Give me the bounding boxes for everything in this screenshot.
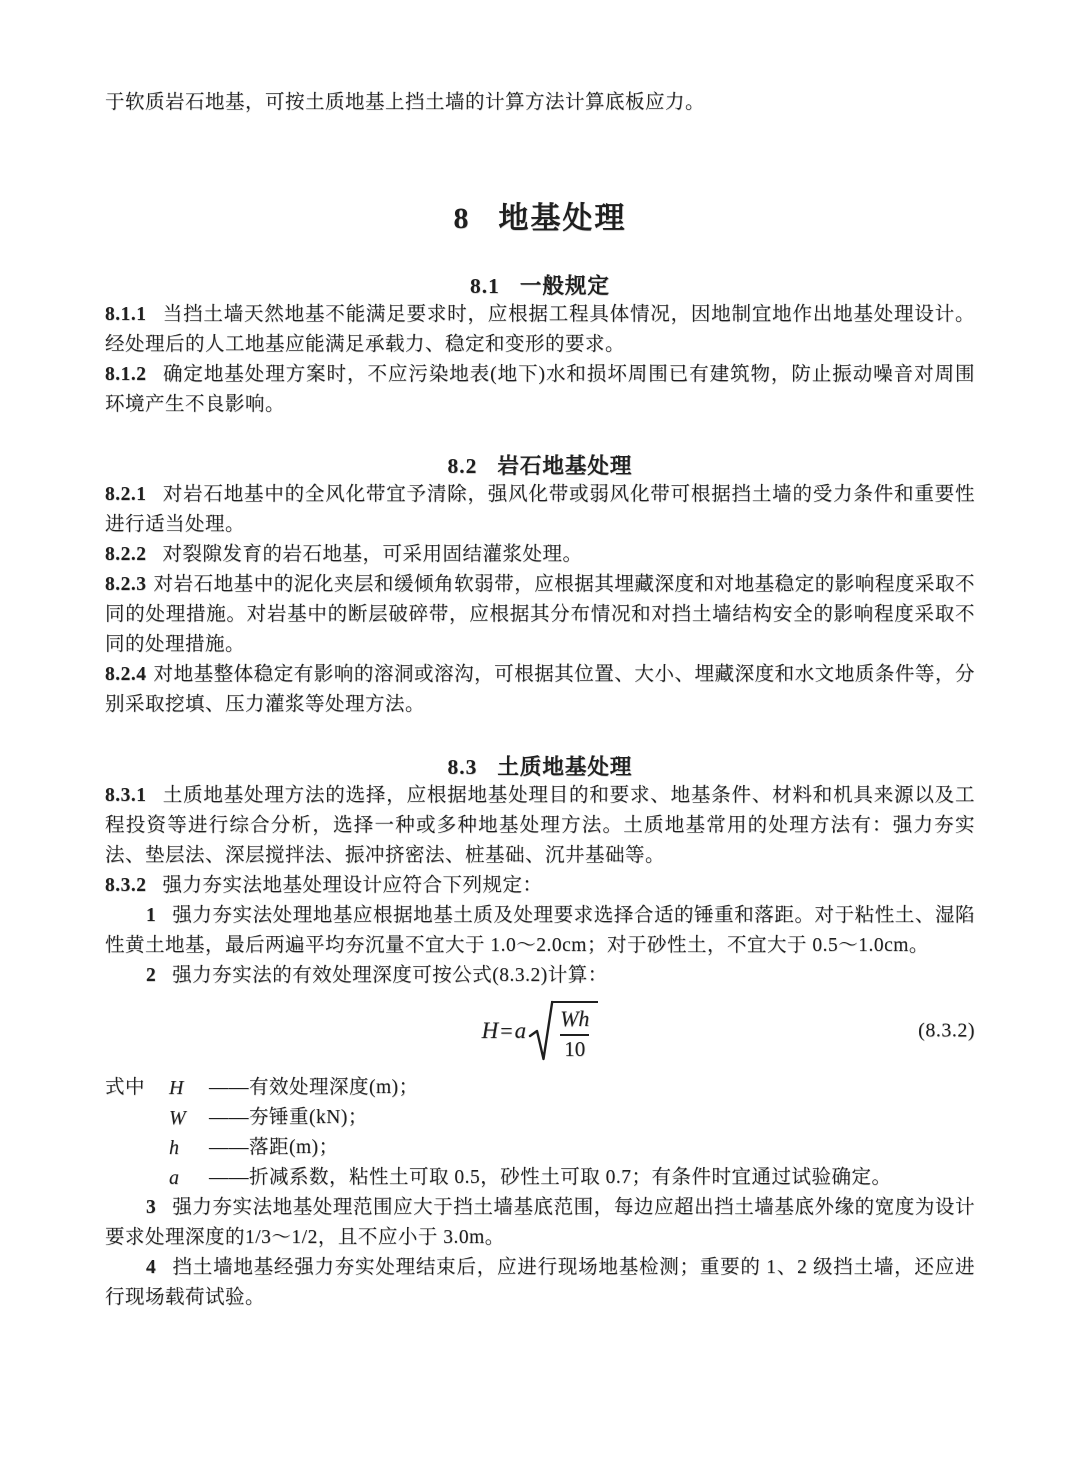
equation-number: (8.3.2) [918, 1020, 975, 1043]
clause-text: 当挡土墙天然地基不能满足要求时，应根据工程具体情况，因地制宜地作出地基处理设计。… [105, 304, 975, 355]
clause-8-1-2: 8.1.2确定地基处理方案时，不应污染地表(地下)水和损坏周围已有建筑物，防止振… [105, 360, 975, 420]
formula-expression: H=a Wh 10 [482, 998, 599, 1064]
section-8-3-number: 8.3 [448, 755, 478, 779]
clause-text: 对地基整体稳定有影响的溶洞或溶沟，可根据其位置、大小、埋藏深度和水文地质条件等，… [105, 664, 975, 715]
chapter-number: 8 [454, 202, 471, 235]
clause-number: 8.3.2 [105, 875, 147, 896]
definition-row: h ——落距(m)； [105, 1133, 975, 1163]
where-label: 式中 [105, 1073, 169, 1103]
clause-text: 土质地基处理方法的选择，应根据地基处理目的和要求、地基条件、材料和机具来源以及工… [105, 785, 975, 866]
clause-8-1-1: 8.1.1当挡土墙天然地基不能满足要求时，应根据工程具体情况，因地制宜地作出地基… [105, 300, 975, 360]
subitem-number: 3 [146, 1197, 156, 1218]
subitem-number: 2 [146, 965, 156, 986]
definition-desc: ——有效处理深度(m)； [209, 1073, 975, 1103]
clause-text: 强力夯实法地基处理设计应符合下列规定： [163, 875, 543, 896]
clause-8-2-1: 8.2.1对岩石地基中的全风化带宜予清除，强风化带或弱风化带可根据挡土墙的受力条… [105, 480, 975, 540]
fraction-numerator: Wh [560, 1006, 589, 1032]
clause-text: 对裂隙发育的岩石地基，可采用固结灌浆处理。 [163, 544, 583, 565]
formula-lhs: H [482, 1018, 499, 1044]
clause-number: 8.1.2 [105, 364, 147, 385]
section-8-2-number: 8.2 [448, 454, 478, 478]
subitem-2: 2强力夯实法的有效处理深度可按公式(8.3.2)计算： [105, 961, 975, 991]
section-heading-8-1: 8.1一般规定 [105, 272, 975, 300]
clause-8-2-2: 8.2.2对裂隙发育的岩石地基，可采用固结灌浆处理。 [105, 540, 975, 570]
section-8-3-title: 土质地基处理 [497, 755, 632, 779]
clause-number: 8.2.2 [105, 544, 147, 565]
definition-symbol: W [169, 1103, 209, 1133]
subitem-text: 挡土墙地基经强力夯实处理结束后，应进行现场地基检测；重要的 1、2 级挡土墙，还… [105, 1257, 975, 1308]
definition-symbol: H [169, 1073, 209, 1103]
section-heading-8-3: 8.3土质地基处理 [105, 753, 975, 781]
equals-sign: = [500, 1018, 512, 1044]
definition-row: W ——夯锤重(kN)； [105, 1103, 975, 1133]
chapter-heading: 8地基处理 [105, 202, 975, 236]
subitem-1: 1强力夯实法处理地基应根据地基土质及处理要求选择合适的锤重和落距。对于粘性土、湿… [105, 901, 975, 961]
radicand-fraction: Wh 10 [551, 1001, 598, 1062]
where-definitions: 式中 H ——有效处理深度(m)； W ——夯锤重(kN)； h ——落距(m)… [105, 1073, 975, 1193]
formula-coefficient: a [515, 1018, 527, 1044]
definition-row: a ——折减系数，粘性土可取 0.5，砂性土可取 0.7；有条件时宜通过试验确定… [105, 1163, 975, 1193]
clause-8-3-1: 8.3.1土质地基处理方法的选择，应根据地基处理目的和要求、地基条件、材料和机具… [105, 781, 975, 871]
clause-text: 确定地基处理方案时，不应污染地表(地下)水和损坏周围已有建筑物，防止振动噪音对周… [105, 364, 975, 415]
chapter-title: 地基处理 [499, 202, 627, 235]
definition-desc: ——落距(m)； [209, 1133, 975, 1163]
clause-8-2-4: 8.2.4对地基整体稳定有影响的溶洞或溶沟，可根据其位置、大小、埋藏深度和水文地… [105, 660, 975, 720]
clause-number: 8.3.1 [105, 785, 147, 806]
clause-number: 8.2.3 [105, 574, 147, 595]
intro-paragraph: 于软质岩石地基，可按土质地基上挡土墙的计算方法计算底板应力。 [105, 88, 975, 118]
section-8-1-number: 8.1 [470, 274, 500, 298]
subitem-text: 强力夯实法处理地基应根据地基土质及处理要求选择合适的锤重和落距。对于粘性土、湿陷… [105, 905, 975, 956]
document-page: 于软质岩石地基，可按土质地基上挡土墙的计算方法计算底板应力。 8地基处理 8.1… [0, 0, 1080, 1481]
subitem-number: 4 [146, 1257, 156, 1278]
subitem-text: 强力夯实法的有效处理深度可按公式(8.3.2)计算： [172, 965, 608, 986]
definition-symbol: h [169, 1133, 209, 1163]
clause-8-3-2: 8.3.2强力夯实法地基处理设计应符合下列规定： [105, 871, 975, 901]
definition-desc: ——夯锤重(kN)； [209, 1103, 975, 1133]
fraction-denominator: 10 [564, 1037, 585, 1062]
subitem-text: 强力夯实法地基处理范围应大于挡土墙基底范围，每边应超出挡土墙基底外缘的宽度为设计… [105, 1197, 975, 1248]
definition-symbol: a [169, 1163, 209, 1193]
section-8-1-title: 一般规定 [520, 274, 610, 298]
subitem-number: 1 [146, 905, 156, 926]
section-8-2-title: 岩石地基处理 [497, 454, 632, 478]
clause-number: 8.2.4 [105, 664, 147, 685]
formula-block: H=a Wh 10 (8.3.2) [105, 998, 975, 1064]
definition-desc: ——折减系数，粘性土可取 0.5，砂性土可取 0.7；有条件时宜通过试验确定。 [209, 1163, 975, 1193]
clause-text: 对岩石地基中的泥化夹层和缓倾角软弱带，应根据其埋藏深度和对地基稳定的影响程度采取… [105, 574, 975, 655]
subitem-4: 4挡土墙地基经强力夯实处理结束后，应进行现场地基检测；重要的 1、2 级挡土墙，… [105, 1253, 975, 1313]
clause-8-2-3: 8.2.3对岩石地基中的泥化夹层和缓倾角软弱带，应根据其埋藏深度和对地基稳定的影… [105, 570, 975, 660]
clause-text: 对岩石地基中的全风化带宜予清除，强风化带或弱风化带可根据挡土墙的受力条件和重要性… [105, 484, 975, 535]
fraction-bar [560, 1034, 589, 1036]
definition-row: 式中 H ——有效处理深度(m)； [105, 1073, 975, 1103]
square-root: Wh 10 [528, 999, 598, 1063]
clause-number: 8.2.1 [105, 484, 147, 505]
section-heading-8-2: 8.2岩石地基处理 [105, 452, 975, 480]
subitem-3: 3强力夯实法地基处理范围应大于挡土墙基底范围，每边应超出挡土墙基底外缘的宽度为设… [105, 1193, 975, 1253]
clause-number: 8.1.1 [105, 304, 147, 325]
